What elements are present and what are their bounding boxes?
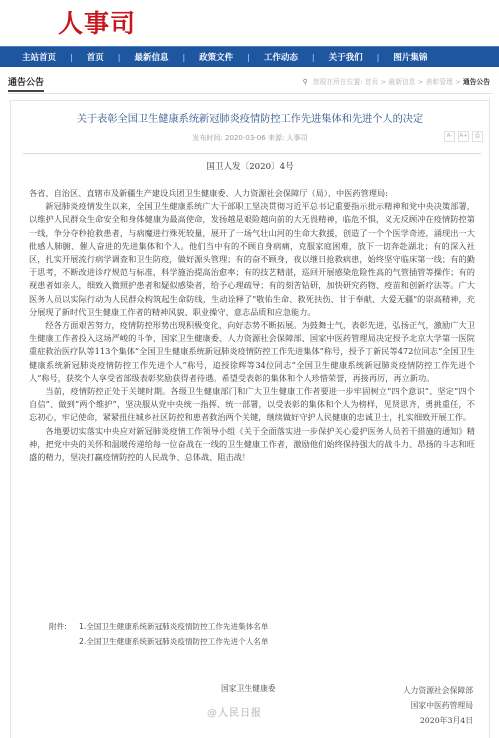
location-pin-icon: ⚲ (303, 78, 308, 86)
article-meta: 发布时间: 2020-03-06 来源: 人事司 (11, 133, 489, 143)
nav-separator: | (118, 53, 121, 62)
attachments-label: 附件: (49, 619, 79, 634)
divider (23, 153, 481, 154)
paragraph: 各地要切实落实中央应对新冠肺炎疫情工作领导小组《关于全面落实进一步保护关心爱护医… (29, 425, 475, 465)
font-decrease-icon[interactable]: A- (444, 131, 455, 142)
nav-item-main-home[interactable]: 主站首页 (22, 51, 56, 63)
nav-item-latest[interactable]: 最新信息 (134, 51, 168, 63)
signature-date: 2020年3月4日 (403, 713, 473, 728)
nav-separator: | (247, 53, 250, 62)
signature-line: 国家中医药管理局 (403, 698, 473, 713)
print-icon[interactable]: ⎙ (472, 131, 483, 142)
site-logo[interactable]: 人事司 (58, 4, 136, 40)
nav-item-home[interactable]: 首页 (87, 51, 104, 63)
article-title: 关于表彰全国卫生健康系统新冠肺炎疫情防控工作先进集体和先进个人的决定 (11, 110, 489, 125)
nav-item-work-news[interactable]: 工作动态 (264, 51, 298, 63)
breadcrumb-prefix: 您现在所在位置: (313, 78, 363, 86)
breadcrumb-path[interactable]: 首页 > 最新信息 > 表彰管理 > (365, 78, 461, 86)
document-number: 国卫人发〔2020〕4号 (11, 160, 489, 172)
nav-item-gallery[interactable]: 图片集锦 (393, 51, 427, 63)
signature-left: 国家卫生健康委 (221, 683, 276, 694)
main-nav: 主站首页 | 首页 | 最新信息 | 政策文件 | 工作动态 | 关于我们 | … (0, 46, 499, 67)
attachment-link[interactable]: 1.全国卫生健康系统新冠肺炎疫情防控工作先进集体名单 (79, 619, 269, 634)
breadcrumb-current[interactable]: 通告公告 (463, 78, 490, 86)
article-body: 各省、自治区、直辖市及新疆生产建设兵团卫生健康委、人力资源社会保障厅（局）、中医… (29, 187, 475, 464)
paragraph: 新冠肺炎疫情发生以来，全国卫生健康系统广大干部职工坚决贯彻习近平总书记重要指示批… (29, 200, 475, 319)
font-increase-icon[interactable]: A+ (458, 131, 469, 142)
weibo-watermark: @人民日报 (207, 704, 262, 719)
attachments: 附件: 1.全国卫生健康系统新冠肺炎疫情防控工作先进集体名单 2.全国卫生健康系… (49, 619, 269, 649)
nav-separator: | (312, 53, 315, 62)
nav-separator: | (182, 53, 185, 62)
nav-separator: | (70, 53, 73, 62)
paragraph: 经各方面艰苦努力，疫情防控形势出现积极变化，向好态势不断拓展。为鼓舞士气，表彰先… (29, 319, 475, 385)
attachment-link[interactable]: 2.全国卫生健康系统新冠肺炎疫情防控工作先进个人名单 (79, 634, 269, 649)
article-card: 关于表彰全国卫生健康系统新冠肺炎疫情防控工作先进集体和先进个人的决定 发布时间:… (10, 100, 490, 738)
nav-item-about[interactable]: 关于我们 (329, 51, 363, 63)
nav-separator: | (377, 53, 380, 62)
breadcrumb: ⚲ 您现在所在位置: 首页 > 最新信息 > 表彰管理 > 通告公告 (303, 76, 490, 86)
article-tools: A- A+ ⎙ (444, 131, 483, 142)
nav-item-policy[interactable]: 政策文件 (199, 51, 233, 63)
signature-line: 人力资源社会保障部 (403, 683, 473, 698)
section-title: 通告公告 (8, 75, 44, 92)
salutation: 各省、自治区、直辖市及新疆生产建设兵团卫生健康委、人力资源社会保障厅（局）、中医… (29, 187, 475, 200)
signature-right: 人力资源社会保障部 国家中医药管理局 2020年3月4日 (403, 683, 473, 728)
section-header: 通告公告 ⚲ 您现在所在位置: 首页 > 最新信息 > 表彰管理 > 通告公告 (8, 75, 492, 94)
paragraph: 当前，疫情防控正处于关键时期。各级卫生健康部门和广大卫生健康工作者要进一步牢固树… (29, 385, 475, 425)
